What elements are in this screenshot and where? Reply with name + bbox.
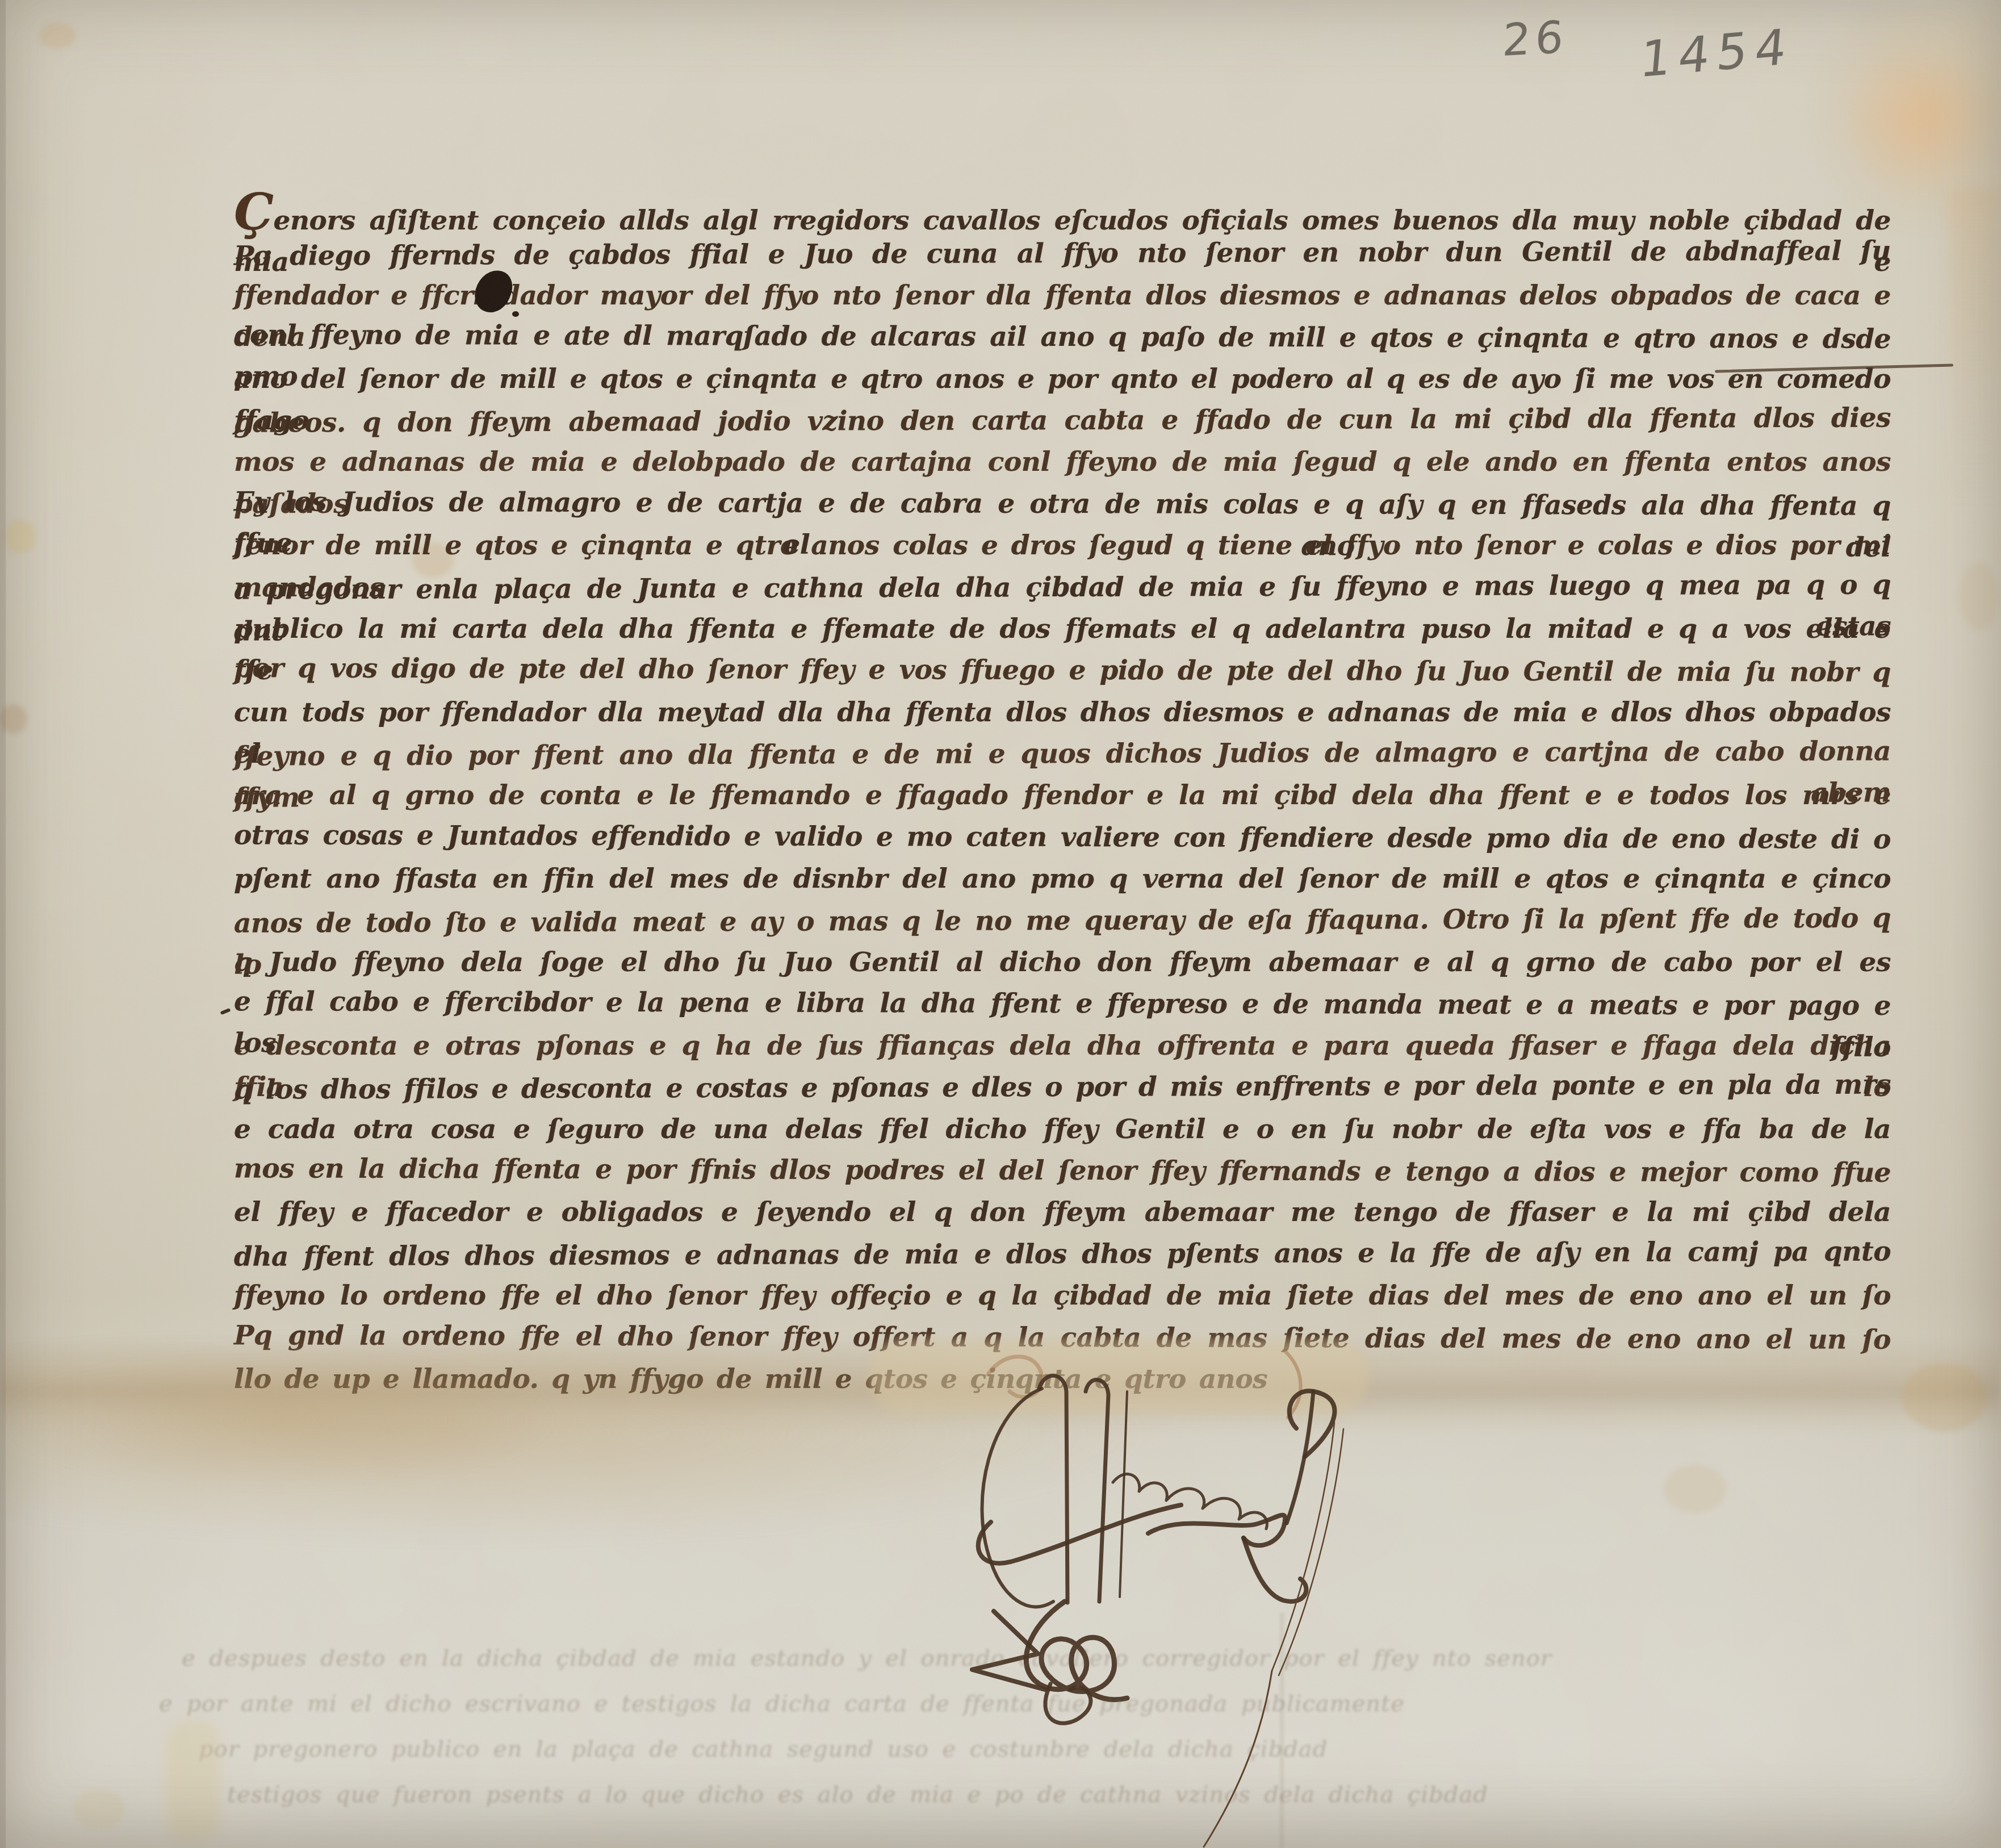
paper-grain-overlay: [0, 0, 2001, 1848]
manuscript-scan-page: 26 1454 Çenors aſiſtent conçeio allds al…: [0, 0, 2001, 1848]
